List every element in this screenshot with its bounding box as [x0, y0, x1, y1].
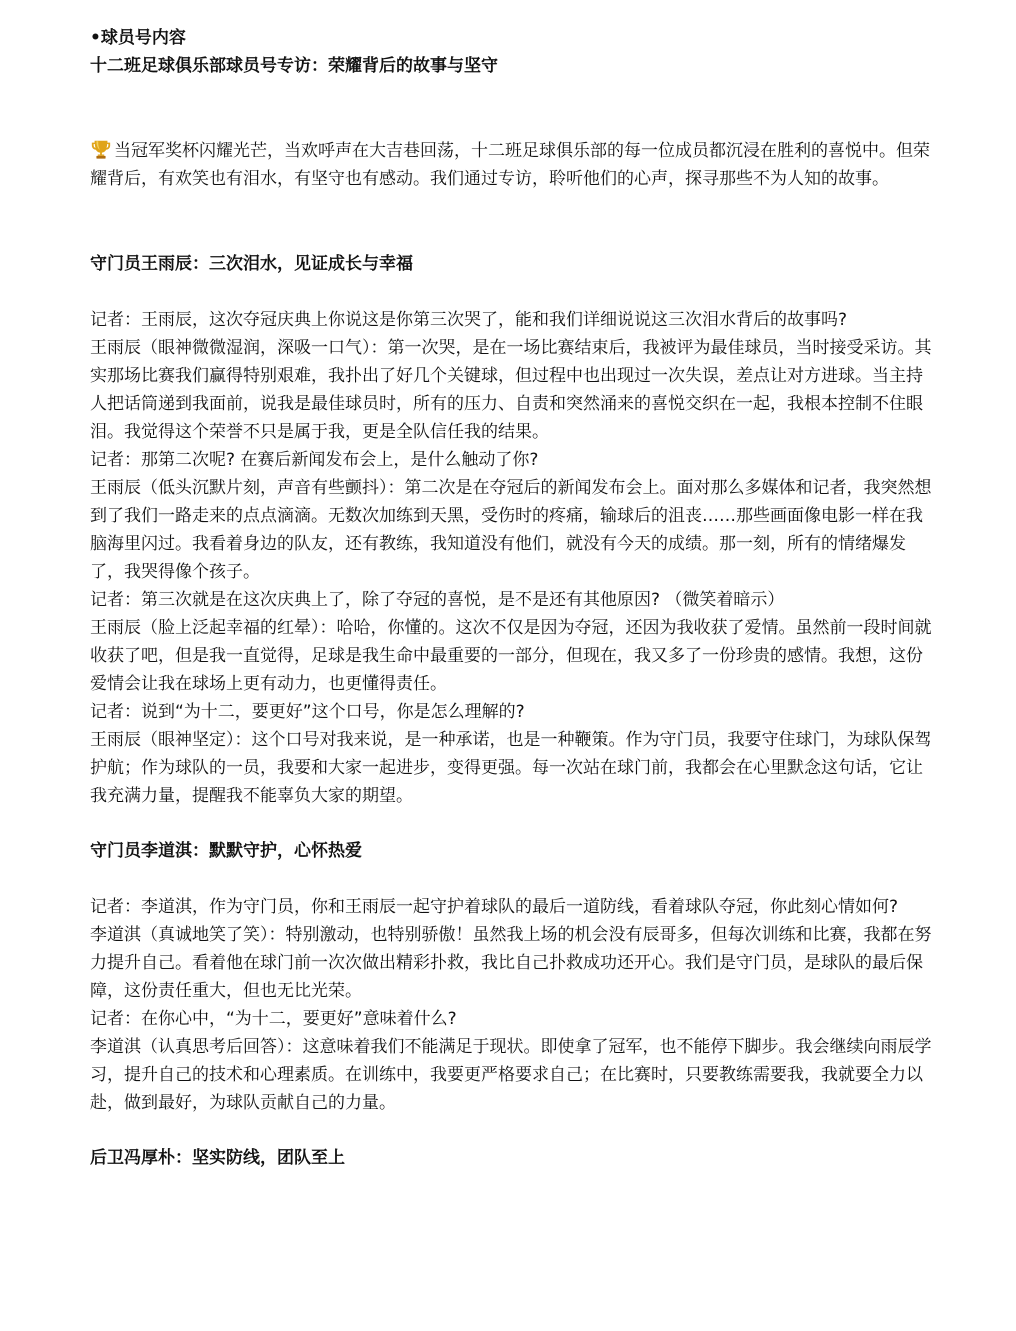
question: 记者：说到“为十二，要更好”这个口号，你是怎么理解的?: [90, 698, 936, 726]
section-heading: 守门员李道淇：默默守护，心怀热爱: [90, 837, 936, 865]
section-heading: 守门员王雨辰：三次泪水，见证成长与幸福: [90, 250, 936, 278]
answer: 王雨辰（眼神微微湿润，深吸一口气）：第一次哭，是在一场比赛结束后，我被评为最佳球…: [90, 334, 936, 446]
answer: 李道淇（认真思考后回答）：这意味着我们不能满足于现状。即使拿了冠军，也不能停下脚…: [90, 1033, 936, 1117]
trophy-icon: [90, 138, 112, 160]
intro-paragraph: 当冠军奖杯闪耀光芒，当欢呼声在大吉巷回荡，十二班足球俱乐部的每一位成员都沉浸在胜…: [90, 137, 936, 193]
section-heading: 后卫冯厚朴：坚实防线，团队至上: [90, 1144, 936, 1172]
answer: 李道淇（真诚地笑了笑）：特别激动，也特别骄傲！虽然我上场的机会没有辰哥多，但每次…: [90, 921, 936, 1005]
answer: 王雨辰（眼神坚定）：这个口号对我来说，是一种承诺，也是一种鞭策。作为守门员，我要…: [90, 726, 936, 810]
question: 记者：王雨辰，这次夺冠庆典上你说这是你第三次哭了，能和我们详细说说这三次泪水背后…: [90, 306, 936, 334]
question: 记者：第三次就是在这次庆典上了，除了夺冠的喜悦，是不是还有其他原因? （微笑着暗…: [90, 586, 936, 614]
question: 记者：那第二次呢? 在赛后新闻发布会上，是什么触动了你?: [90, 446, 936, 474]
question: 记者：李道淇，作为守门员，你和王雨辰一起守护着球队的最后一道防线，看着球队夺冠，…: [90, 893, 936, 921]
interview-block: 记者：王雨辰，这次夺冠庆典上你说这是你第三次哭了，能和我们详细说说这三次泪水背后…: [90, 306, 936, 810]
question: 记者：在你心中，“为十二，要更好”意味着什么?: [90, 1005, 936, 1033]
interview-block: 记者：李道淇，作为守门员，你和王雨辰一起守护着球队的最后一道防线，看着球队夺冠，…: [90, 893, 936, 1117]
answer: 王雨辰（低头沉默片刻，声音有些颤抖）：第二次是在夺冠后的新闻发布会上。面对那么多…: [90, 474, 936, 586]
intro-text: 当冠军奖杯闪耀光芒，当欢呼声在大吉巷回荡，十二班足球俱乐部的每一位成员都沉浸在胜…: [90, 141, 930, 189]
article-title: 十二班足球俱乐部球员号专访：荣耀背后的故事与坚守: [90, 52, 936, 80]
article: •球员号内容 十二班足球俱乐部球员号专访：荣耀背后的故事与坚守 当冠军奖杯闪耀光…: [0, 0, 1016, 1172]
section-label: •球员号内容: [90, 24, 936, 52]
answer: 王雨辰（脸上泛起幸福的红晕）：哈哈，你懂的。这次不仅是因为夺冠，还因为我收获了爱…: [90, 614, 936, 698]
